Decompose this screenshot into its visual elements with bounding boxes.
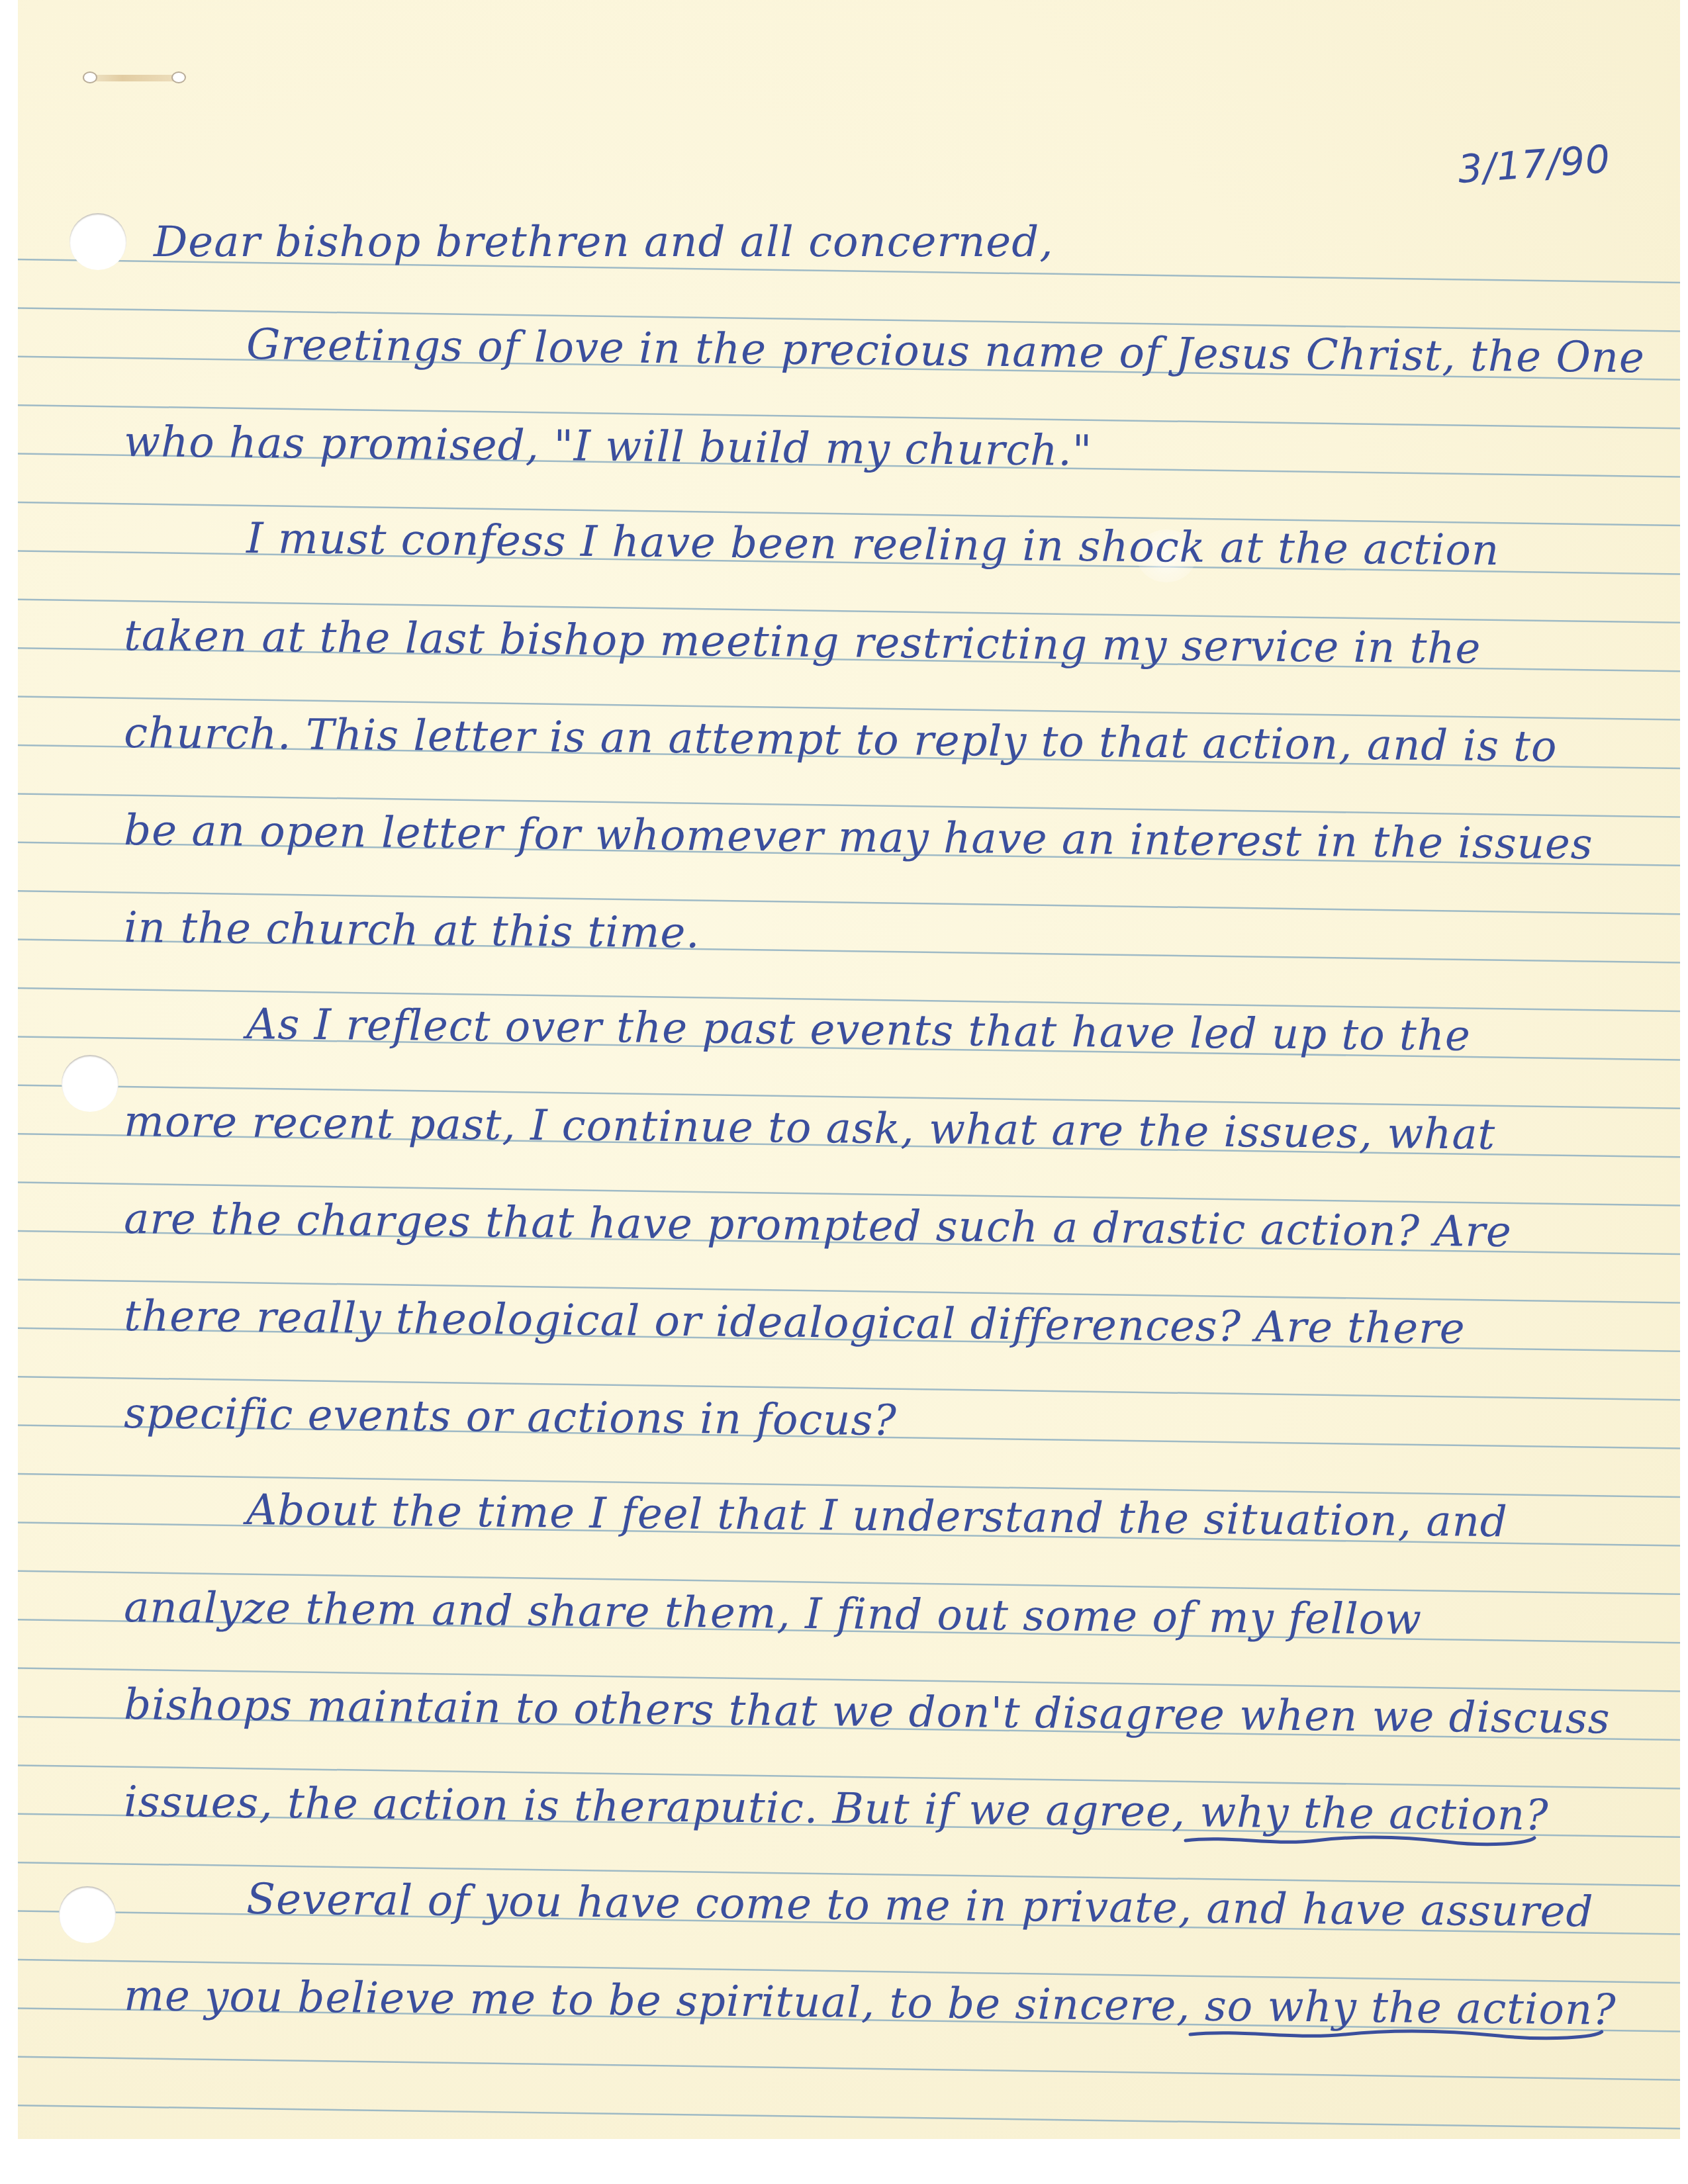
punch-hole-middle — [62, 1055, 118, 1112]
letter-line: issues, the action is theraputic. But if… — [124, 1781, 1549, 1837]
letter-line: in the church at this time. — [124, 907, 700, 954]
staple-hole-left — [83, 71, 97, 83]
letter-line: As I reflect over the past events that h… — [246, 1003, 1471, 1058]
punch-hole-bottom — [59, 1886, 116, 1943]
letter-line: Several of you have come to me in privat… — [246, 1878, 1594, 1934]
letter-line: are the charges that have prompted such … — [124, 1198, 1512, 1253]
letter-line: Greetings of love in the precious name o… — [246, 324, 1645, 379]
letter-line: who has promised, "I will build my churc… — [124, 421, 1093, 473]
wavy-underline — [1190, 2028, 1602, 2042]
letter-line: specific events or actions in focus? — [124, 1392, 897, 1442]
punch-hole-top — [70, 213, 126, 270]
letter-line: I must confess I have been reeling in sh… — [246, 518, 1500, 572]
lined-paper-sheet: 3/17/90 Dear bishop brethren and all con… — [18, 0, 1680, 2139]
wavy-underline — [1186, 1834, 1534, 1848]
staple-hole-right — [171, 71, 186, 83]
salutation: Dear bishop brethren and all concerned, — [154, 221, 1053, 263]
letter-line: more recent past, I continue to ask, wha… — [124, 1101, 1496, 1156]
letter-line: there really theological or idealogical … — [124, 1295, 1466, 1350]
letter-line: taken at the last bishop meeting restric… — [124, 615, 1481, 670]
ruled-line — [18, 2105, 1680, 2128]
ruled-line — [18, 2057, 1680, 2080]
letter-line: analyze them and share them, I find out … — [124, 1586, 1422, 1641]
letter-line: About the time I feel that I understand … — [246, 1489, 1508, 1543]
letter-line: church. This letter is an attempt to rep… — [124, 712, 1558, 768]
staple-mark — [83, 75, 182, 81]
